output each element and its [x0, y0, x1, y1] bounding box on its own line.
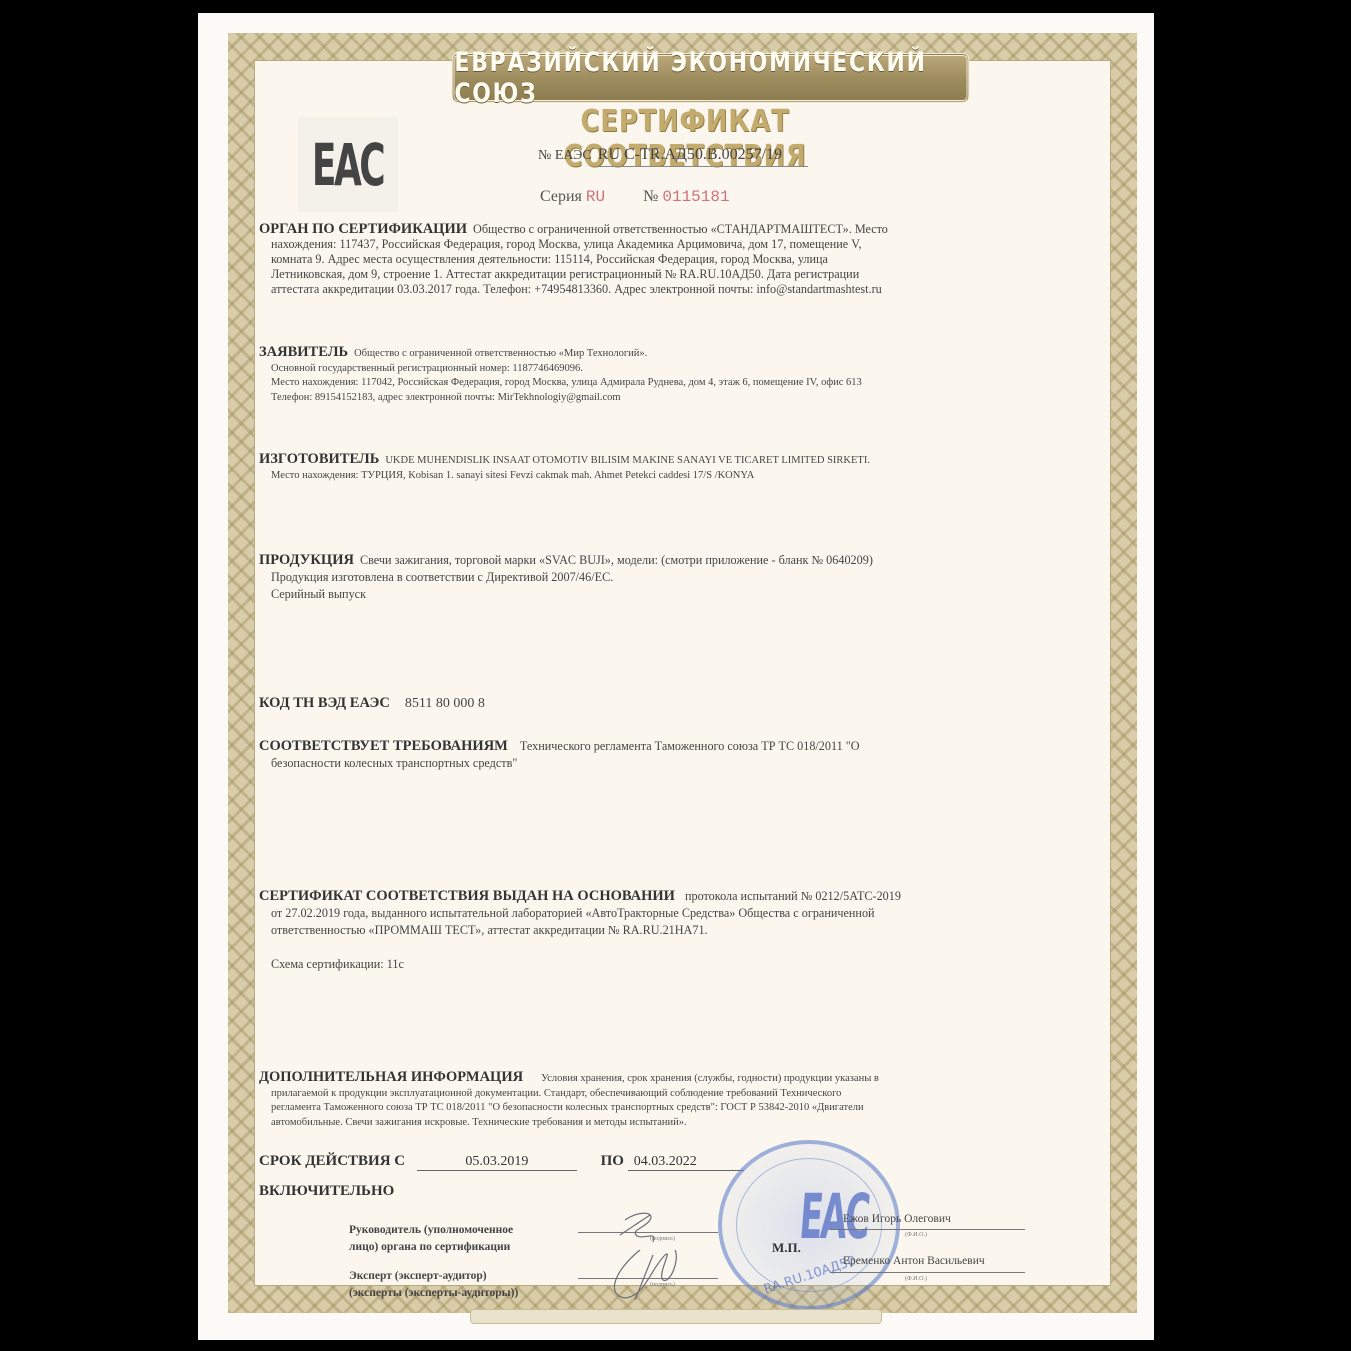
certificate-page: ЕВРАЗИЙСКИЙ ЭКОНОМИЧЕСКИЙ СОЮЗ — [198, 13, 1154, 1340]
expert-signatory-label: Эксперт (эксперт-аудитор) (эксперты (экс… — [349, 1268, 518, 1302]
section-cert-body: ОРГАН ПО СЕРТИФИКАЦИИОбщество с ограниче… — [259, 222, 1099, 297]
tn-ved-code: 8511 80 000 8 — [405, 696, 485, 711]
union-banner: ЕВРАЗИЙСКИЙ ЭКОНОМИЧЕСКИЙ СОЮЗ — [452, 53, 970, 103]
section-applicant: ЗАЯВИТЕЛЬОбщество с ограниченной ответст… — [259, 345, 1099, 405]
series-value: RU — [586, 188, 605, 206]
section-tn-ved: КОД ТН ВЭД ЕАЭС 8511 80 000 8 — [259, 696, 1099, 711]
head-signatory-label: Руководитель (уполномоченное лицо) орган… — [349, 1222, 513, 1256]
series-line: Серия RU № 0115181 — [540, 188, 730, 206]
seal-stamp-icon: ЕАС RA.RU.10АД50 — [718, 1140, 900, 1310]
section-additional: ДОПОЛНИТЕЛЬНАЯ ИНФОРМАЦИЯУсловия хранени… — [259, 1070, 1099, 1130]
head-name: Ежов Игорь Олегович — [843, 1213, 951, 1225]
expert-name: Еременко Антон Васильевич — [843, 1255, 985, 1267]
valid-from-date: 05.03.2019 — [417, 1154, 577, 1171]
section-product: ПРОДУКЦИЯСвечи зажигания, торговой марки… — [259, 552, 1099, 603]
printer-imprint — [470, 1309, 882, 1324]
validity-period: СРОК ДЕЙСТВИЯ С 05.03.2019 ПО 04.03.2022 — [259, 1153, 744, 1171]
section-conformity: СООТВЕТСТВУЕТ ТРЕБОВАНИЯМТехнического ре… — [259, 738, 1099, 772]
blank-number: 0115181 — [662, 188, 729, 206]
certification-scheme: Схема сертификации: 11с — [259, 956, 1099, 973]
valid-to-date: 04.03.2022 — [628, 1154, 744, 1171]
certificate-number-value: RU C-TR.АД50.B.00257/19 — [598, 146, 808, 167]
eac-logo-icon: ЕАС — [298, 117, 398, 212]
signature-icon — [595, 1200, 705, 1305]
section-manufacturer: ИЗГОТОВИТЕЛЬUKDE MUHENDISLIK INSAAT OTOM… — [259, 452, 1099, 483]
section-basis: СЕРТИФИКАТ СООТВЕТСТВИЯ ВЫДАН НА ОСНОВАН… — [259, 888, 1099, 973]
validity-inclusive: ВКЛЮЧИТЕЛЬНО — [259, 1183, 394, 1200]
certificate-number: № ЕАЭСRU C-TR.АД50.B.00257/19 — [538, 146, 808, 167]
seal-label: М.П. — [772, 1240, 801, 1256]
